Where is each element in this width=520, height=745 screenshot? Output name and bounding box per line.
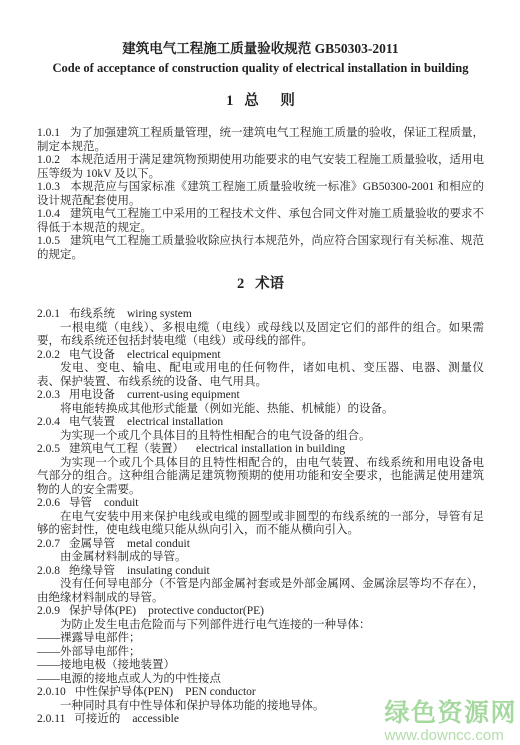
- term-def-2-0-4: 为实现一个或几个具体目的且特性相配合的电气设备的组合。: [37, 430, 484, 444]
- clause-1-0-5: 1.0.5建筑电气工程施工质量验收除应执行本规范外，尚应符合国家现行有关标准、规…: [37, 235, 484, 262]
- term-def-2-0-1: 一根电缆（电线）、多根电缆（电线）或母线以及固定它们的部件的组合。如果需要，布线…: [37, 322, 484, 349]
- term-en: wiring system: [127, 308, 192, 320]
- term-2-0-2: 2.0.2电气设备electrical equipment: [37, 349, 484, 363]
- term-number: 2.0.1: [37, 308, 60, 320]
- pe-list-item-4: ——电源的接地点或人为的中性接点: [37, 673, 484, 687]
- chapter-1-heading: 1 总 则: [37, 93, 484, 109]
- term-2-0-5: 2.0.5建筑电气工程（装置）electrical installation i…: [37, 443, 484, 457]
- watermark-site-url: www.downcc.com: [384, 728, 517, 743]
- clause-1-0-3: 1.0.3本规范应与国家标准《建筑工程施工质量验收统一标准》GB50300-20…: [37, 181, 484, 208]
- pe-list-item-1: ——裸露导电部件；: [37, 632, 484, 646]
- term-number: 2.0.5: [37, 443, 60, 455]
- chapter-2-heading: 2 术语: [37, 276, 484, 292]
- term-def-2-0-5: 为实现一个或几个具体目的且特性相配合的，由电气装置、布线系统和用电设备电气部分的…: [37, 457, 484, 498]
- term-zh: 可接近的: [74, 713, 120, 725]
- document-title-zh: 建筑电气工程施工质量验收规范 GB50303-2011: [37, 40, 484, 57]
- clause-number: 1.0.3: [37, 181, 60, 193]
- term-number: 2.0.4: [37, 416, 60, 428]
- term-number: 2.0.10: [37, 686, 66, 698]
- watermark-site-name: 绿色资源网: [384, 701, 517, 726]
- term-2-0-9: 2.0.9保护导体(PE)protective conductor(PE): [37, 605, 484, 619]
- clause-text: 本规范适用于满足建筑物预期使用功能要求的电气安装工程施工质量验收，适用电压等级为…: [37, 154, 484, 180]
- clause-number: 1.0.4: [37, 208, 60, 220]
- term-def-2-0-7: 由金属材料制成的导管。: [37, 551, 484, 565]
- term-zh: 绝缘导管: [69, 565, 115, 577]
- term-zh: 电气装置: [69, 416, 115, 428]
- term-number: 2.0.6: [37, 497, 60, 509]
- term-2-0-7: 2.0.7金属导管metal conduit: [37, 538, 484, 552]
- clause-number: 1.0.1: [37, 127, 60, 139]
- term-def-2-0-2: 发电、变电、输电、配电或用电的任何物件，诸如电机、变压器、电器、测量仪表、保护装…: [37, 362, 484, 389]
- term-2-0-4: 2.0.4电气装置electrical installation: [37, 416, 484, 430]
- term-number: 2.0.3: [37, 389, 60, 401]
- term-zh: 布线系统: [69, 308, 115, 320]
- term-def-2-0-9: 为防止发生电击危险而与下列部件进行电气连接的一种导体：: [37, 619, 484, 633]
- term-en: electrical installation: [127, 416, 223, 428]
- term-zh: 金属导管: [69, 538, 115, 550]
- term-en: metal conduit: [127, 538, 190, 550]
- document-title-en: Code of acceptance of construction quali…: [37, 60, 484, 77]
- term-zh: 用电设备: [69, 389, 115, 401]
- term-def-2-0-6: 在电气安装中用来保护电线或电缆的圆型或非圆型的布线系统的一部分，导管有足够的密封…: [37, 511, 484, 538]
- term-zh: 中性保护导体(PEN): [75, 686, 173, 698]
- document-page: 建筑电气工程施工质量验收规范 GB50303-2011 Code of acce…: [0, 0, 520, 745]
- term-zh: 保护导体(PE): [69, 605, 136, 617]
- term-2-0-6: 2.0.6导管conduit: [37, 497, 484, 511]
- term-def-2-0-3: 将电能转换成其他形式能量（例如光能、热能、机械能）的设备。: [37, 403, 484, 417]
- clause-1-0-1: 1.0.1为了加强建筑工程质量管理，统一建筑电气工程施工质量的验收，保证工程质量…: [37, 127, 484, 154]
- pe-list-item-3: ——接地电极（接地装置）: [37, 659, 484, 673]
- term-2-0-1: 2.0.1布线系统wiring system: [37, 308, 484, 322]
- term-en: protective conductor(PE): [148, 605, 264, 617]
- term-def-2-0-8: 没有任何导电部分（不管是内部金属衬套或是外部金属网、金属涂层等均不存在），由绝缘…: [37, 578, 484, 605]
- term-en: insulating conduit: [127, 565, 210, 577]
- term-en: accessible: [132, 713, 179, 725]
- pe-list-item-2: ——外部导电部件；: [37, 646, 484, 660]
- term-zh: 建筑电气工程（装置）: [69, 443, 184, 455]
- term-en: electrical equipment: [127, 349, 221, 361]
- term-number: 2.0.9: [37, 605, 60, 617]
- document-content: 建筑电气工程施工质量验收规范 GB50303-2011 Code of acce…: [37, 40, 484, 727]
- term-en: PEN conductor: [185, 686, 256, 698]
- clause-text: 建筑电气工程施工中采用的工程技术文件、承包合同文件对施工质量验收的要求不得低于本…: [37, 208, 484, 234]
- clause-1-0-4: 1.0.4建筑电气工程施工中采用的工程技术文件、承包合同文件对施工质量验收的要求…: [37, 208, 484, 235]
- term-2-0-10: 2.0.10中性保护导体(PEN)PEN conductor: [37, 686, 484, 700]
- term-number: 2.0.2: [37, 349, 60, 361]
- clause-text: 本规范应与国家标准《建筑工程施工质量验收统一标准》GB50300-2001 和相…: [37, 181, 484, 207]
- term-2-0-8: 2.0.8绝缘导管insulating conduit: [37, 565, 484, 579]
- clause-text: 建筑电气工程施工质量验收除应执行本规范外，尚应符合国家现行有关标准、规范的规定。: [37, 235, 484, 261]
- clause-text: 为了加强建筑工程质量管理，统一建筑电气工程施工质量的验收，保证工程质量，制定本规…: [37, 127, 484, 153]
- clause-number: 1.0.5: [37, 235, 60, 247]
- clause-1-0-2: 1.0.2本规范适用于满足建筑物预期使用功能要求的电气安装工程施工质量验收，适用…: [37, 154, 484, 181]
- term-en: conduit: [104, 497, 139, 509]
- term-number: 2.0.7: [37, 538, 60, 550]
- term-zh: 导管: [69, 497, 92, 509]
- clause-number: 1.0.2: [37, 154, 60, 166]
- site-watermark: 绿色资源网 www.downcc.com: [384, 701, 517, 743]
- term-number: 2.0.11: [37, 713, 65, 725]
- term-en: electrical installation in building: [196, 443, 345, 455]
- term-number: 2.0.8: [37, 565, 60, 577]
- term-zh: 电气设备: [69, 349, 115, 361]
- term-2-0-3: 2.0.3用电设备current-using equipment: [37, 389, 484, 403]
- term-en: current-using equipment: [127, 389, 240, 401]
